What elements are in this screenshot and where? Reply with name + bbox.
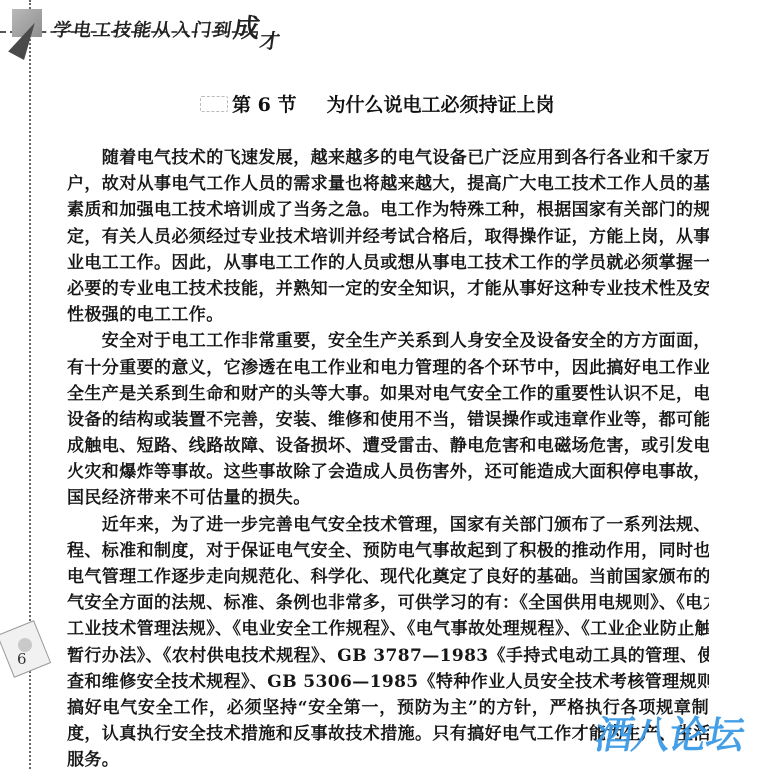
page-number: 6 — [17, 650, 27, 668]
text-line: 成触电、短路、线路故障、设备损坏、遭受雷击、静电危害和电磁场危害，或引发电气 — [67, 433, 709, 459]
text-line: 设备的结构或装置不完善，安装、维修和使用不当，错误操作或违章作业等，都可能造 — [67, 407, 709, 433]
section-number: 第 6 节 — [232, 94, 296, 116]
text-line: 全生产是关系到生命和财产的头等大事。如果对电气安全工作的重要性认识不足，电气 — [67, 381, 709, 407]
text-line: 查和维修安全技术规程》、GB 5306—1985《特种作业人员安全技术考核管理规… — [67, 669, 709, 695]
book-title-main: 学电工技能从入门到 — [52, 20, 235, 41]
book-title-tail: 才 — [258, 29, 283, 53]
book-title-emphasis: 成 — [231, 14, 263, 44]
text-line: 素质和加强电工技术培训成了当务之急。电工作为特殊工种，根据国家有关部门的规 — [67, 197, 709, 223]
text-line: 定，有关人员必须经过专业技术培训并经考试合格后，取得操作证，方能上岗，从事专 — [67, 224, 709, 250]
text-line: 程、标准和制度，对于保证电气安全、预防电气事故起到了积极的推动作用，同时也为 — [67, 538, 709, 564]
watermark: 酒八论坛 — [591, 704, 749, 759]
section-ornament-icon — [200, 96, 228, 112]
text-line: 近年来，为了进一步完善电气安全技术管理，国家有关部门颁布了一系列法规、规 — [67, 512, 709, 538]
text-line: 暂行办法》、《农村供电技术规程》、GB 3787—1983《手持式电动工具的管理… — [67, 643, 709, 669]
text-line: 安全对于电工工作非常重要，安全生产关系到人身安全及设备安全的方方面面，具 — [67, 328, 709, 354]
text-line: 工业技术管理法规》、《电业安全工作规程》、《电气事故处理规程》、《工业企业防止触… — [67, 616, 709, 642]
page-header: 学电工技能从入门到成才 — [0, 0, 766, 60]
text-line: 户，故对从事电气工作人员的需求量也将越来越大，提高广大电工技术工作人员的基本 — [67, 171, 709, 197]
section-heading: 第 6 节为什么说电工必须持证上岗 — [232, 90, 554, 117]
text-line: 性极强的电工工作。 — [67, 302, 709, 328]
body-text: 随着电气技术的飞速发展，越来越多的电气设备已广泛应用到各行各业和千家万 户，故对… — [67, 145, 709, 769]
text-line: 火灾和爆炸等事故。这些事故除了会造成人员伤害外，还可能造成大面积停电事故，给 — [67, 459, 709, 485]
text-line: 电气管理工作逐步走向规范化、科学化、现代化奠定了良好的基础。当前国家颁布的电 — [67, 564, 709, 590]
text-line: 有十分重要的意义，它渗透在电工作业和电力管理的各个环节中，因此搞好电工作业安 — [67, 355, 709, 381]
book-title: 学电工技能从入门到成才 — [51, 7, 286, 44]
text-line: 必要的专业电工技术技能，并熟知一定的安全知识，才能从事好这种专业技术性及安全 — [67, 276, 709, 302]
text-line: 随着电气技术的飞速发展，越来越多的电气设备已广泛应用到各行各业和千家万 — [67, 145, 709, 171]
text-line: 业电工工作。因此，从事电工工作的人员或想从事电工技术工作的学员就必须掌握一些 — [67, 250, 709, 276]
section-title: 为什么说电工必须持证上岗 — [326, 94, 554, 116]
text-line: 气安全方面的法规、标准、条例也非常多，可供学习的有：《全国供用电规则》、《电力 — [67, 590, 709, 616]
text-line: 国民经济带来不可估量的损失。 — [67, 485, 709, 511]
